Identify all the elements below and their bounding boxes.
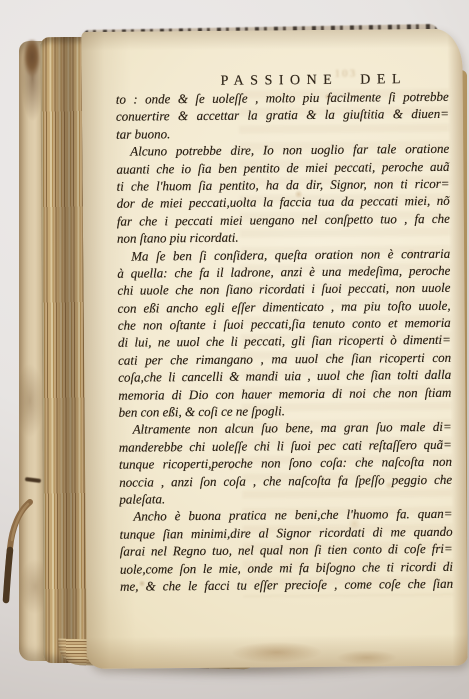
text-block-body: to : onde & ſe uoleſſe , molto piu facil… (116, 88, 453, 595)
book-page: 103 PASSIONE DEL to : onde & ſe uoleſſe … (81, 29, 468, 669)
paragraph: to : onde & ſe uoleſſe , molto piu facil… (116, 88, 449, 143)
book-photograph: 103 PASSIONE DEL to : onde & ſe uoleſſe … (0, 0, 469, 699)
paragraph: Ancho è buona pratica ne beni,che l'huom… (119, 505, 453, 595)
paragraph: Ma ſe ben ſi conſidera, queſta oration n… (117, 244, 452, 421)
paragraph: Alcuno potrebbe dire, Io non uoglio far … (116, 140, 450, 247)
text-line: me, & che le facci tu eſſer precioſe , c… (120, 575, 453, 595)
text-line: conuertire & accettar la gratia & la giu… (116, 105, 449, 125)
text-block: PASSIONE DEL to : onde & ſe uoleſſe , mo… (116, 71, 454, 595)
running-header: PASSIONE DEL (221, 71, 449, 90)
text-line: memoria di Dio con hauer memoria di noi … (118, 383, 451, 403)
text-line: ſarai nel Regno tuo, nel qual non ſi tie… (120, 540, 453, 560)
text-line: noccia , anzi ſon coſa , che naſcoſta fa… (119, 470, 452, 490)
paragraph: Altramente non alcun ſuo bene, ma gran ſ… (119, 418, 453, 508)
binding-corner-wear (23, 40, 41, 82)
text-line: far che i peccati miei uengano nel conſp… (117, 210, 450, 230)
leather-tie (0, 468, 60, 618)
